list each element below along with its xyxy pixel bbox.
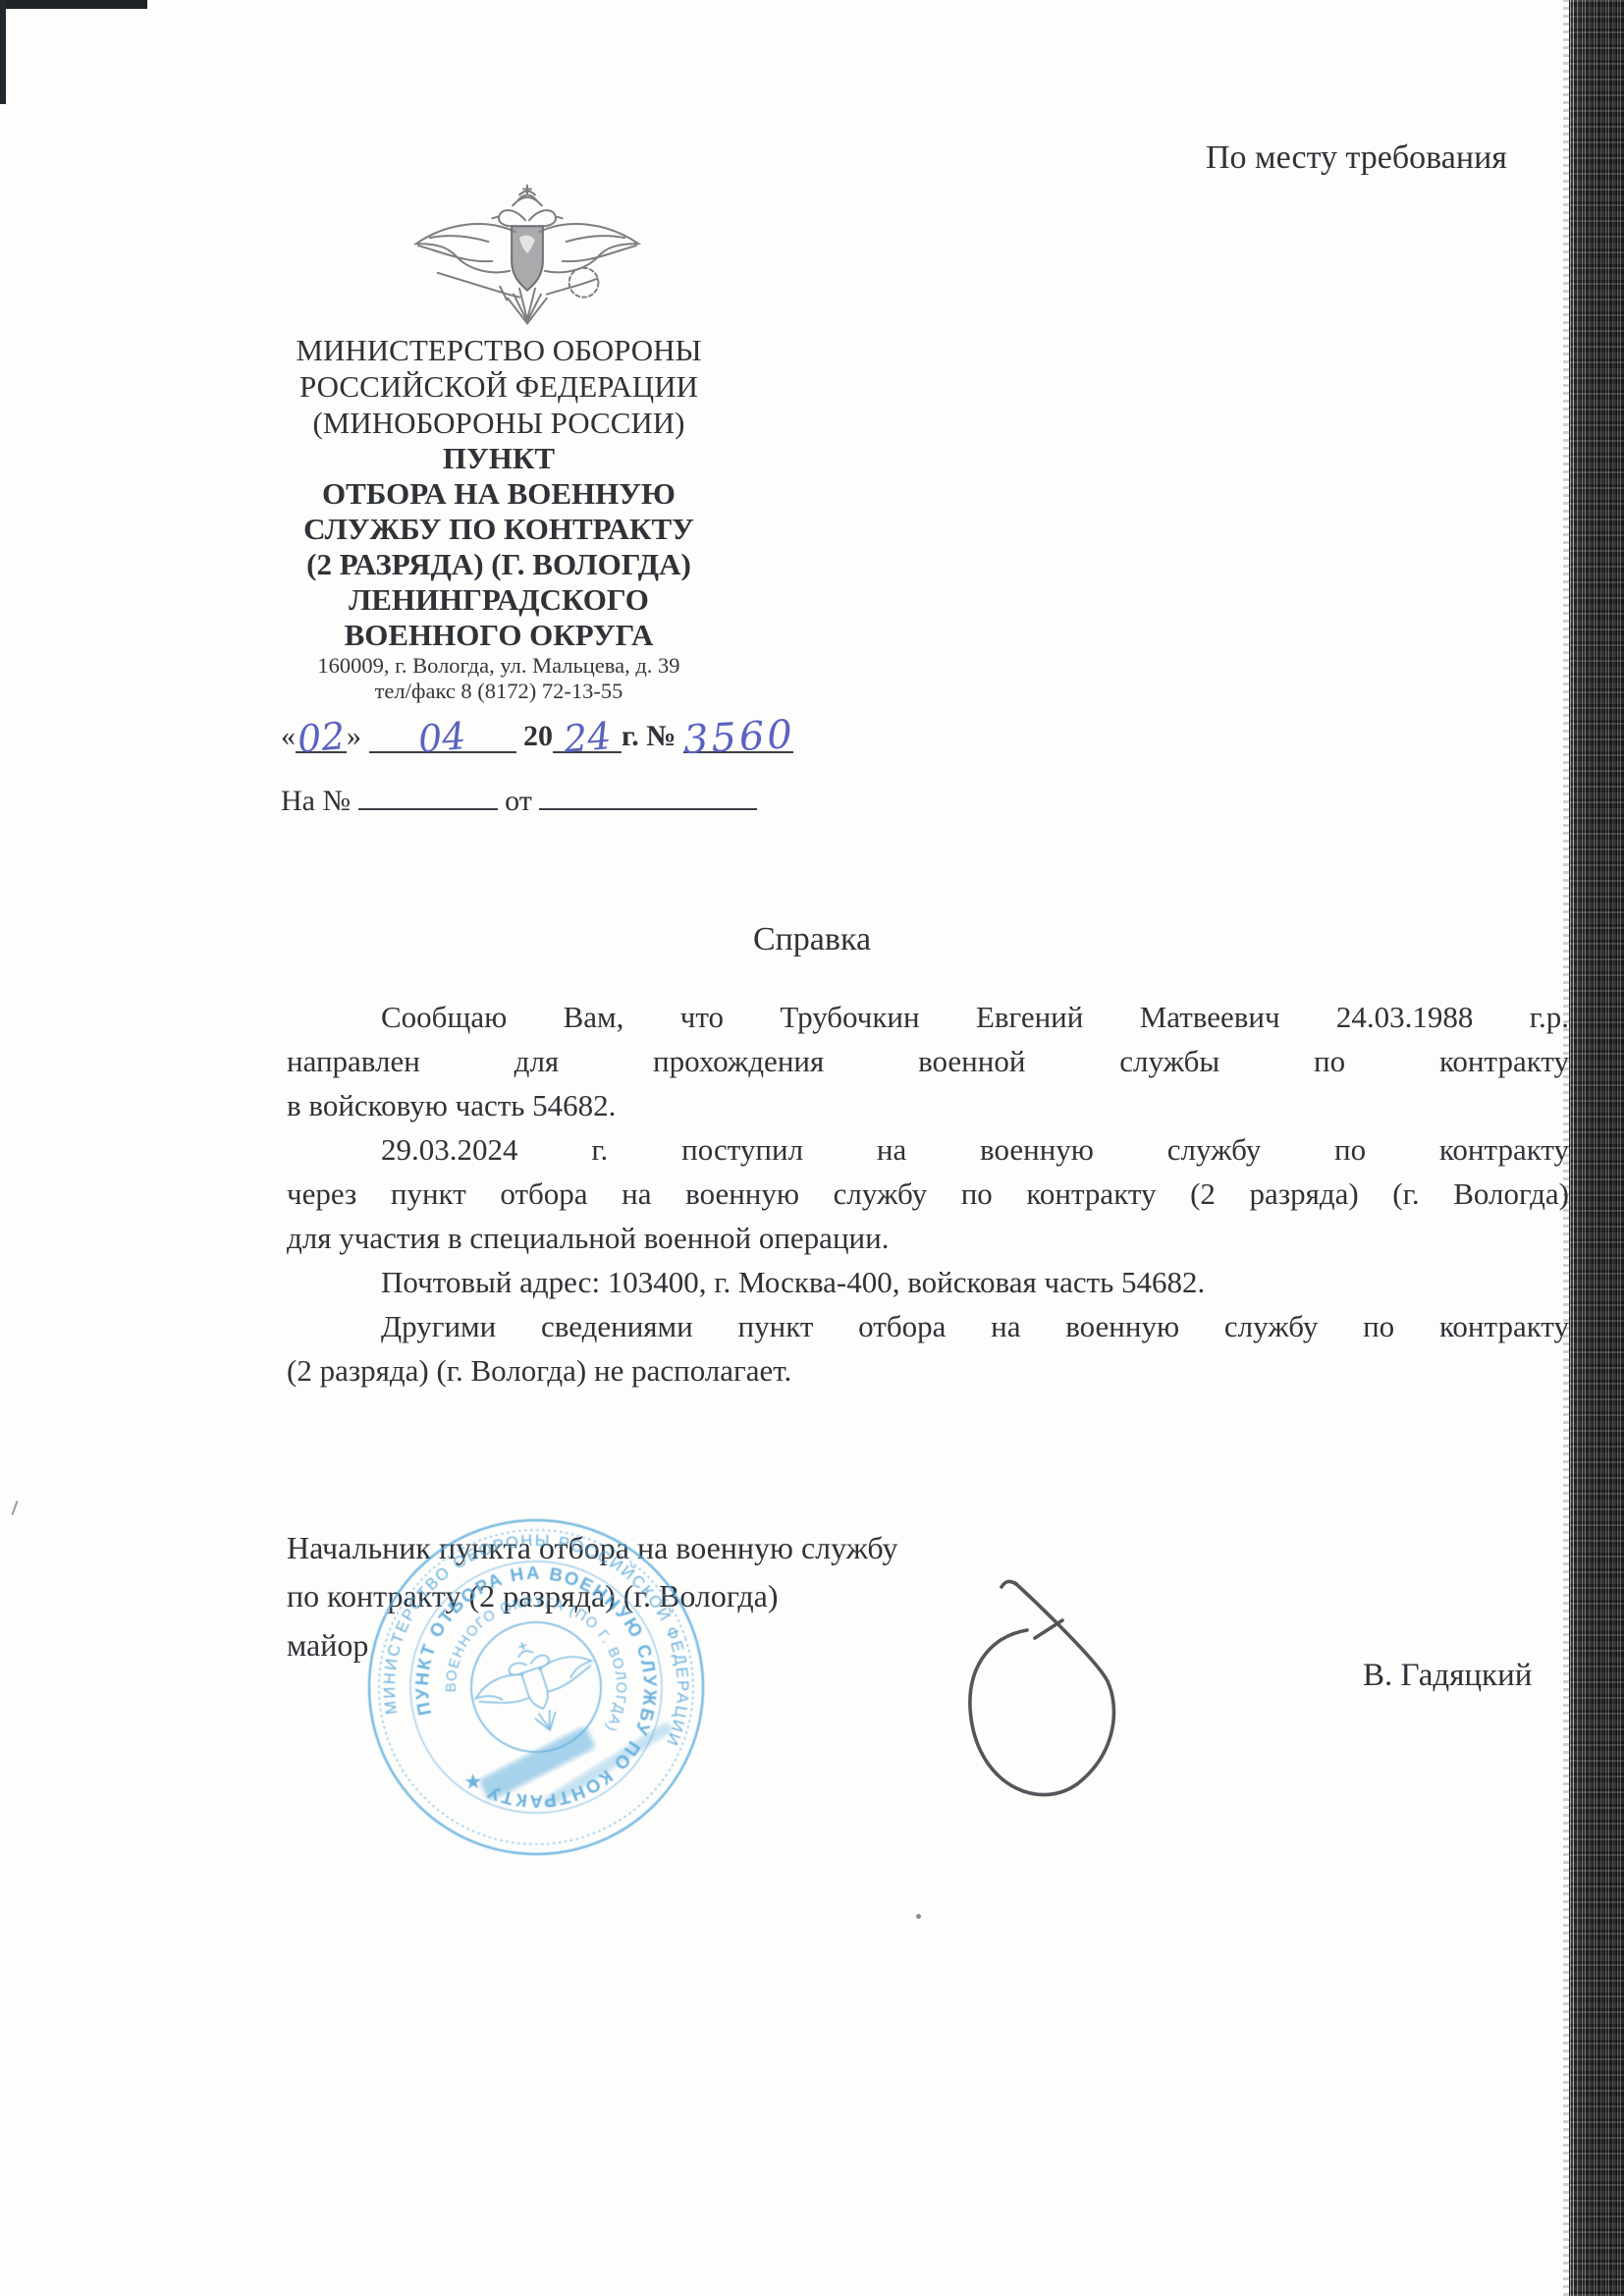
- postal-address: 160009, г. Вологда, ул. Мальцева, д. 39: [253, 653, 744, 679]
- body-line: через пункт отбора на военную службу по …: [287, 1172, 1569, 1216]
- handwritten-day: 02: [297, 721, 347, 754]
- org-name-line: РОССИЙСКОЙ ФЕДЕРАЦИИ: [253, 368, 744, 405]
- body-line: направлен для прохождения военной службы…: [287, 1039, 1569, 1083]
- scan-edge-dark-band: [1569, 0, 1624, 2296]
- handwritten-year: 24: [563, 721, 613, 754]
- body-line: 29.03.2024 г. поступил на военную службу…: [287, 1127, 1569, 1172]
- unit-name-line: СЛУЖБУ ПО КОНТРАКТУ: [253, 512, 744, 547]
- year-prefix: 20: [523, 720, 553, 752]
- unit-name-line: ЛЕНИНГРАДСКОГО: [253, 582, 744, 618]
- stamp-ring-middle-text: ПУНКТ ОТБОРА НА ВОЕННУЮ СЛУЖБУ ПО КОНТРА…: [379, 1530, 693, 1845]
- handwritten-doc-number: 3560: [682, 720, 795, 755]
- official-round-stamp: МИНИСТЕРСТВО ОБОРОНЫ РОССИЙСКОЙ ФЕДЕРАЦИ…: [359, 1510, 713, 1869]
- org-name-line: (МИНОБОРОНЫ РОССИИ): [253, 405, 744, 441]
- svg-text:ПУНКТ ОТБОРА НА ВОЕННУЮ СЛУЖБУ: ПУНКТ ОТБОРА НА ВОЕННУЮ СЛУЖБУ ПО КОНТРА…: [379, 1530, 693, 1845]
- delivery-note: По месту требования: [1206, 139, 1571, 177]
- org-name-line: МИНИСТЕРСТВО ОБОРОНЫ: [253, 332, 744, 368]
- scan-corner-mark-horizontal: [0, 0, 147, 9]
- scan-speck-slash: [11, 1501, 18, 1515]
- quote-open: «: [281, 720, 296, 752]
- body-line: Другими сведениями пункт отбора на военн…: [287, 1304, 1569, 1348]
- body-line: (2 разряда) (г. Вологда) не располагает.: [287, 1348, 1569, 1393]
- reference-line: На № от: [281, 775, 757, 818]
- ref-ot-label: от: [505, 785, 532, 817]
- letterhead: МИНИСТЕРСТВО ОБОРОНЫ РОССИЙСКОЙ ФЕДЕРАЦИ…: [253, 332, 744, 704]
- scanned-document-page: По месту требования: [0, 0, 1624, 2296]
- number-label: г. №: [622, 720, 676, 752]
- scan-corner-mark-vertical: [0, 0, 6, 104]
- scan-speck-dot: [916, 1914, 921, 1919]
- signatory-rank: майор: [287, 1627, 368, 1664]
- pen-signature: [933, 1559, 1149, 1830]
- document-body: Сообщаю Вам, что Трубочкин Евгений Матве…: [287, 995, 1569, 1393]
- ref-na-label: На №: [281, 785, 351, 817]
- unit-name-line: ВОЕННОГО ОКРУГА: [253, 618, 744, 653]
- body-line: в войсковую часть 54682.: [287, 1083, 1569, 1127]
- date-number-line: «02» 04 2024г. № 3560: [281, 718, 831, 753]
- unit-name-line: (2 РАЗРЯДА) (Г. ВОЛОГДА): [253, 547, 744, 582]
- handwritten-month: 04: [417, 721, 467, 754]
- body-line: Почтовый адрес: 103400, г. Москва-400, в…: [287, 1260, 1569, 1304]
- body-line: Сообщаю Вам, что Трубочкин Евгений Матве…: [287, 995, 1569, 1039]
- signatory-name: В. Гадяцкий: [1363, 1658, 1532, 1694]
- unit-name-line: ОТБОРА НА ВОЕННУЮ: [253, 476, 744, 512]
- quote-close: »: [347, 720, 361, 752]
- phone-fax: тел/факс 8 (8172) 72-13-55: [253, 679, 744, 704]
- document-title: Справка: [0, 921, 1624, 958]
- unit-name-line: ПУНКТ: [253, 441, 744, 476]
- mod-eagle-emblem-icon: [410, 179, 644, 333]
- body-line: для участия в специальной военной операц…: [287, 1216, 1569, 1260]
